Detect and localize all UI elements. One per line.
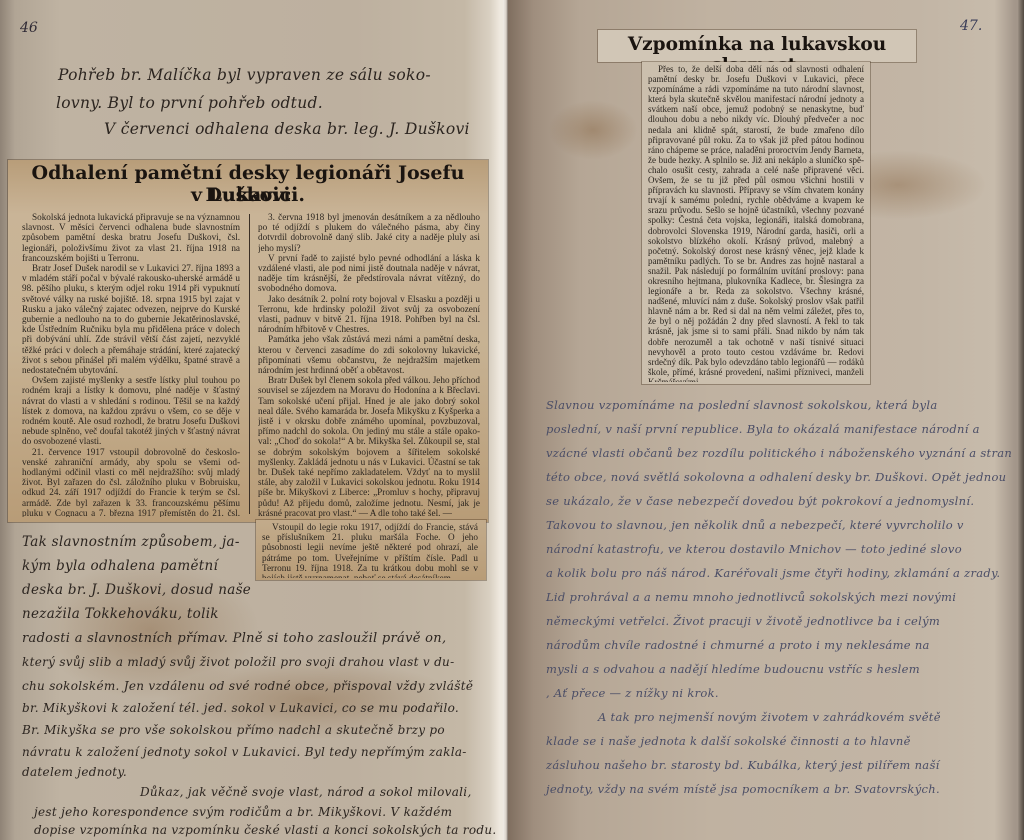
book-edge-right xyxy=(1018,0,1024,840)
handwritten-line: národům chvíle radostné i chmurné a prot… xyxy=(546,640,930,652)
newspaper-clipping-vzpominka-title: Vzpomínka na lukavskou slavnost. xyxy=(598,30,916,62)
water-stain xyxy=(548,100,638,160)
handwritten-line: jest jeho korespondence svým rodičům a b… xyxy=(34,806,452,818)
handwritten-line: Tak slavnostním způsobem, ja- xyxy=(22,536,240,550)
handwritten-line: německými vetřelci. Život pracuji v živo… xyxy=(546,616,940,628)
clipping-body-text: Přes to, že delší doba dělí nás od slavn… xyxy=(648,64,864,382)
paragraph: 21. července 1917 vstoupil dobrovolně do… xyxy=(22,447,240,517)
handwritten-line: se ukázalo, že v čase nebezpečí dovedou … xyxy=(546,496,974,508)
handwritten-line: zásluhou našeho br. starosty bd. Kubálka… xyxy=(546,760,940,772)
handwritten-line: A tak pro nejmenší novým životem v zahrá… xyxy=(598,712,941,724)
handwritten-line: dopise vzpomínka na vzpomínku české vlas… xyxy=(34,824,496,836)
handwritten-line: Důkaz, jak věčně svoje vlast, národ a so… xyxy=(140,786,472,798)
newspaper-clipping-vzpominka-body: Přes to, že delší doba dělí nás od slavn… xyxy=(642,62,870,384)
newspaper-clipping-continuation: Vstoupil do legie roku 1917, odjíždí do … xyxy=(256,520,486,580)
notebook-spread: 46 Pohřeb br. Malíčka byl vypraven ze sá… xyxy=(0,0,1024,840)
handwritten-line: radosti a slavnostních přímav. Plně si t… xyxy=(22,632,446,645)
paragraph: Bratr Josef Dušek narodil se v Lukavici … xyxy=(22,263,240,375)
handwritten-line: chu sokolském. Jen vzdálenu od své rodné… xyxy=(22,680,473,692)
handwritten-line: klade se i naše jednota k další sokolské… xyxy=(546,736,911,748)
paragraph: Bratr Dušek byl členem sokola před vál­k… xyxy=(258,375,480,518)
handwritten-line: kým byla odhalena pamětní xyxy=(22,560,218,574)
paragraph: Jako desátník 2. polní roty bojoval v El… xyxy=(258,294,480,335)
handwritten-line: této obce, nová světlá sokolovna a odhal… xyxy=(546,472,1006,484)
page-number: 46 xyxy=(20,20,38,36)
handwritten-line: Pohřeb br. Malíčka byl vypraven ze sálu … xyxy=(58,68,431,84)
paragraph: 3. června 1918 byl jmenován desátníkem a… xyxy=(258,212,480,253)
handwritten-line: návratu k založení jednoty sokol v Lukav… xyxy=(22,746,467,758)
handwritten-line: Br. Mikyška se pro vše sokolskou přímo n… xyxy=(22,724,445,736)
paragraph: V první řadě to zajisté bylo pevné odhod… xyxy=(258,253,480,294)
column-divider xyxy=(249,214,250,514)
handwritten-line: který svůj slib a mladý svůj život polož… xyxy=(22,656,454,668)
handwritten-line: Takovou to slavnou, jen několik dnů a ne… xyxy=(546,520,964,532)
handwritten-line: Lid prohrával a a nemu mnoho jednotlivců… xyxy=(546,592,956,604)
clipping-column-1: Sokolská jednota lukavická připravuje se… xyxy=(22,212,240,517)
handwritten-line: , Ať přece — z nížky ni krok. xyxy=(546,688,719,700)
handwritten-line: deska br. J. Duškovi, dosud naše xyxy=(22,584,251,598)
handwritten-line: V červenci odhalena deska br. leg. J. Du… xyxy=(104,122,470,138)
paragraph: Ovšem zajisté myšlenky a sestře lístky p… xyxy=(22,375,240,446)
handwritten-line: lovny. Byl to první pohřeb odtud. xyxy=(56,96,323,112)
handwritten-line: br. Mikyškovi k založení tél. jed. sokol… xyxy=(22,702,459,714)
paragraph: Vstoupil do legie roku 1917, odjíždí do … xyxy=(262,522,478,578)
paragraph: Sokolská jednota lukavická připravuje se… xyxy=(22,212,240,263)
handwritten-line: poslední, v naší první republice. Byla t… xyxy=(546,424,980,436)
paragraph: Památka jeho však zůstává mezi námi a pa… xyxy=(258,334,480,375)
paragraph: Přes to, že delší doba dělí nás od slavn… xyxy=(648,64,864,382)
clipping-title-line2: v Lukavici. xyxy=(8,184,488,206)
handwritten-line: Slavnou vzpomínáme na poslední slavnost … xyxy=(546,400,938,412)
newspaper-clipping-duskovi: Odhalení pamětní desky legionáři Josefu … xyxy=(8,160,488,522)
handwritten-line: národní katastrofu, ve kterou dostavilo … xyxy=(546,544,962,556)
left-page: 46 Pohřeb br. Malíčka byl vypraven ze sá… xyxy=(0,0,505,840)
handwritten-line: a kolik bolu pro náš národ. Karéřovali j… xyxy=(546,568,1000,580)
handwritten-line: datelem jednoty. xyxy=(22,766,127,778)
page-number: 47. xyxy=(960,18,982,34)
handwritten-line: vzácné vlasti občanů bez rozdílu politic… xyxy=(546,448,1012,460)
clipping-column-2-tail: Vstoupil do legie roku 1917, odjíždí do … xyxy=(262,522,478,578)
handwritten-line: jednoty, vždy na svém místě jsa pomocník… xyxy=(546,784,940,796)
clipping-column-2: 3. června 1918 byl jmenován desátníkem a… xyxy=(258,212,480,522)
handwritten-line: mysli a s odvahou a nadějí hledíme budou… xyxy=(546,664,920,676)
handwritten-line: nezažila Tokkehováku, tolik xyxy=(22,608,219,622)
